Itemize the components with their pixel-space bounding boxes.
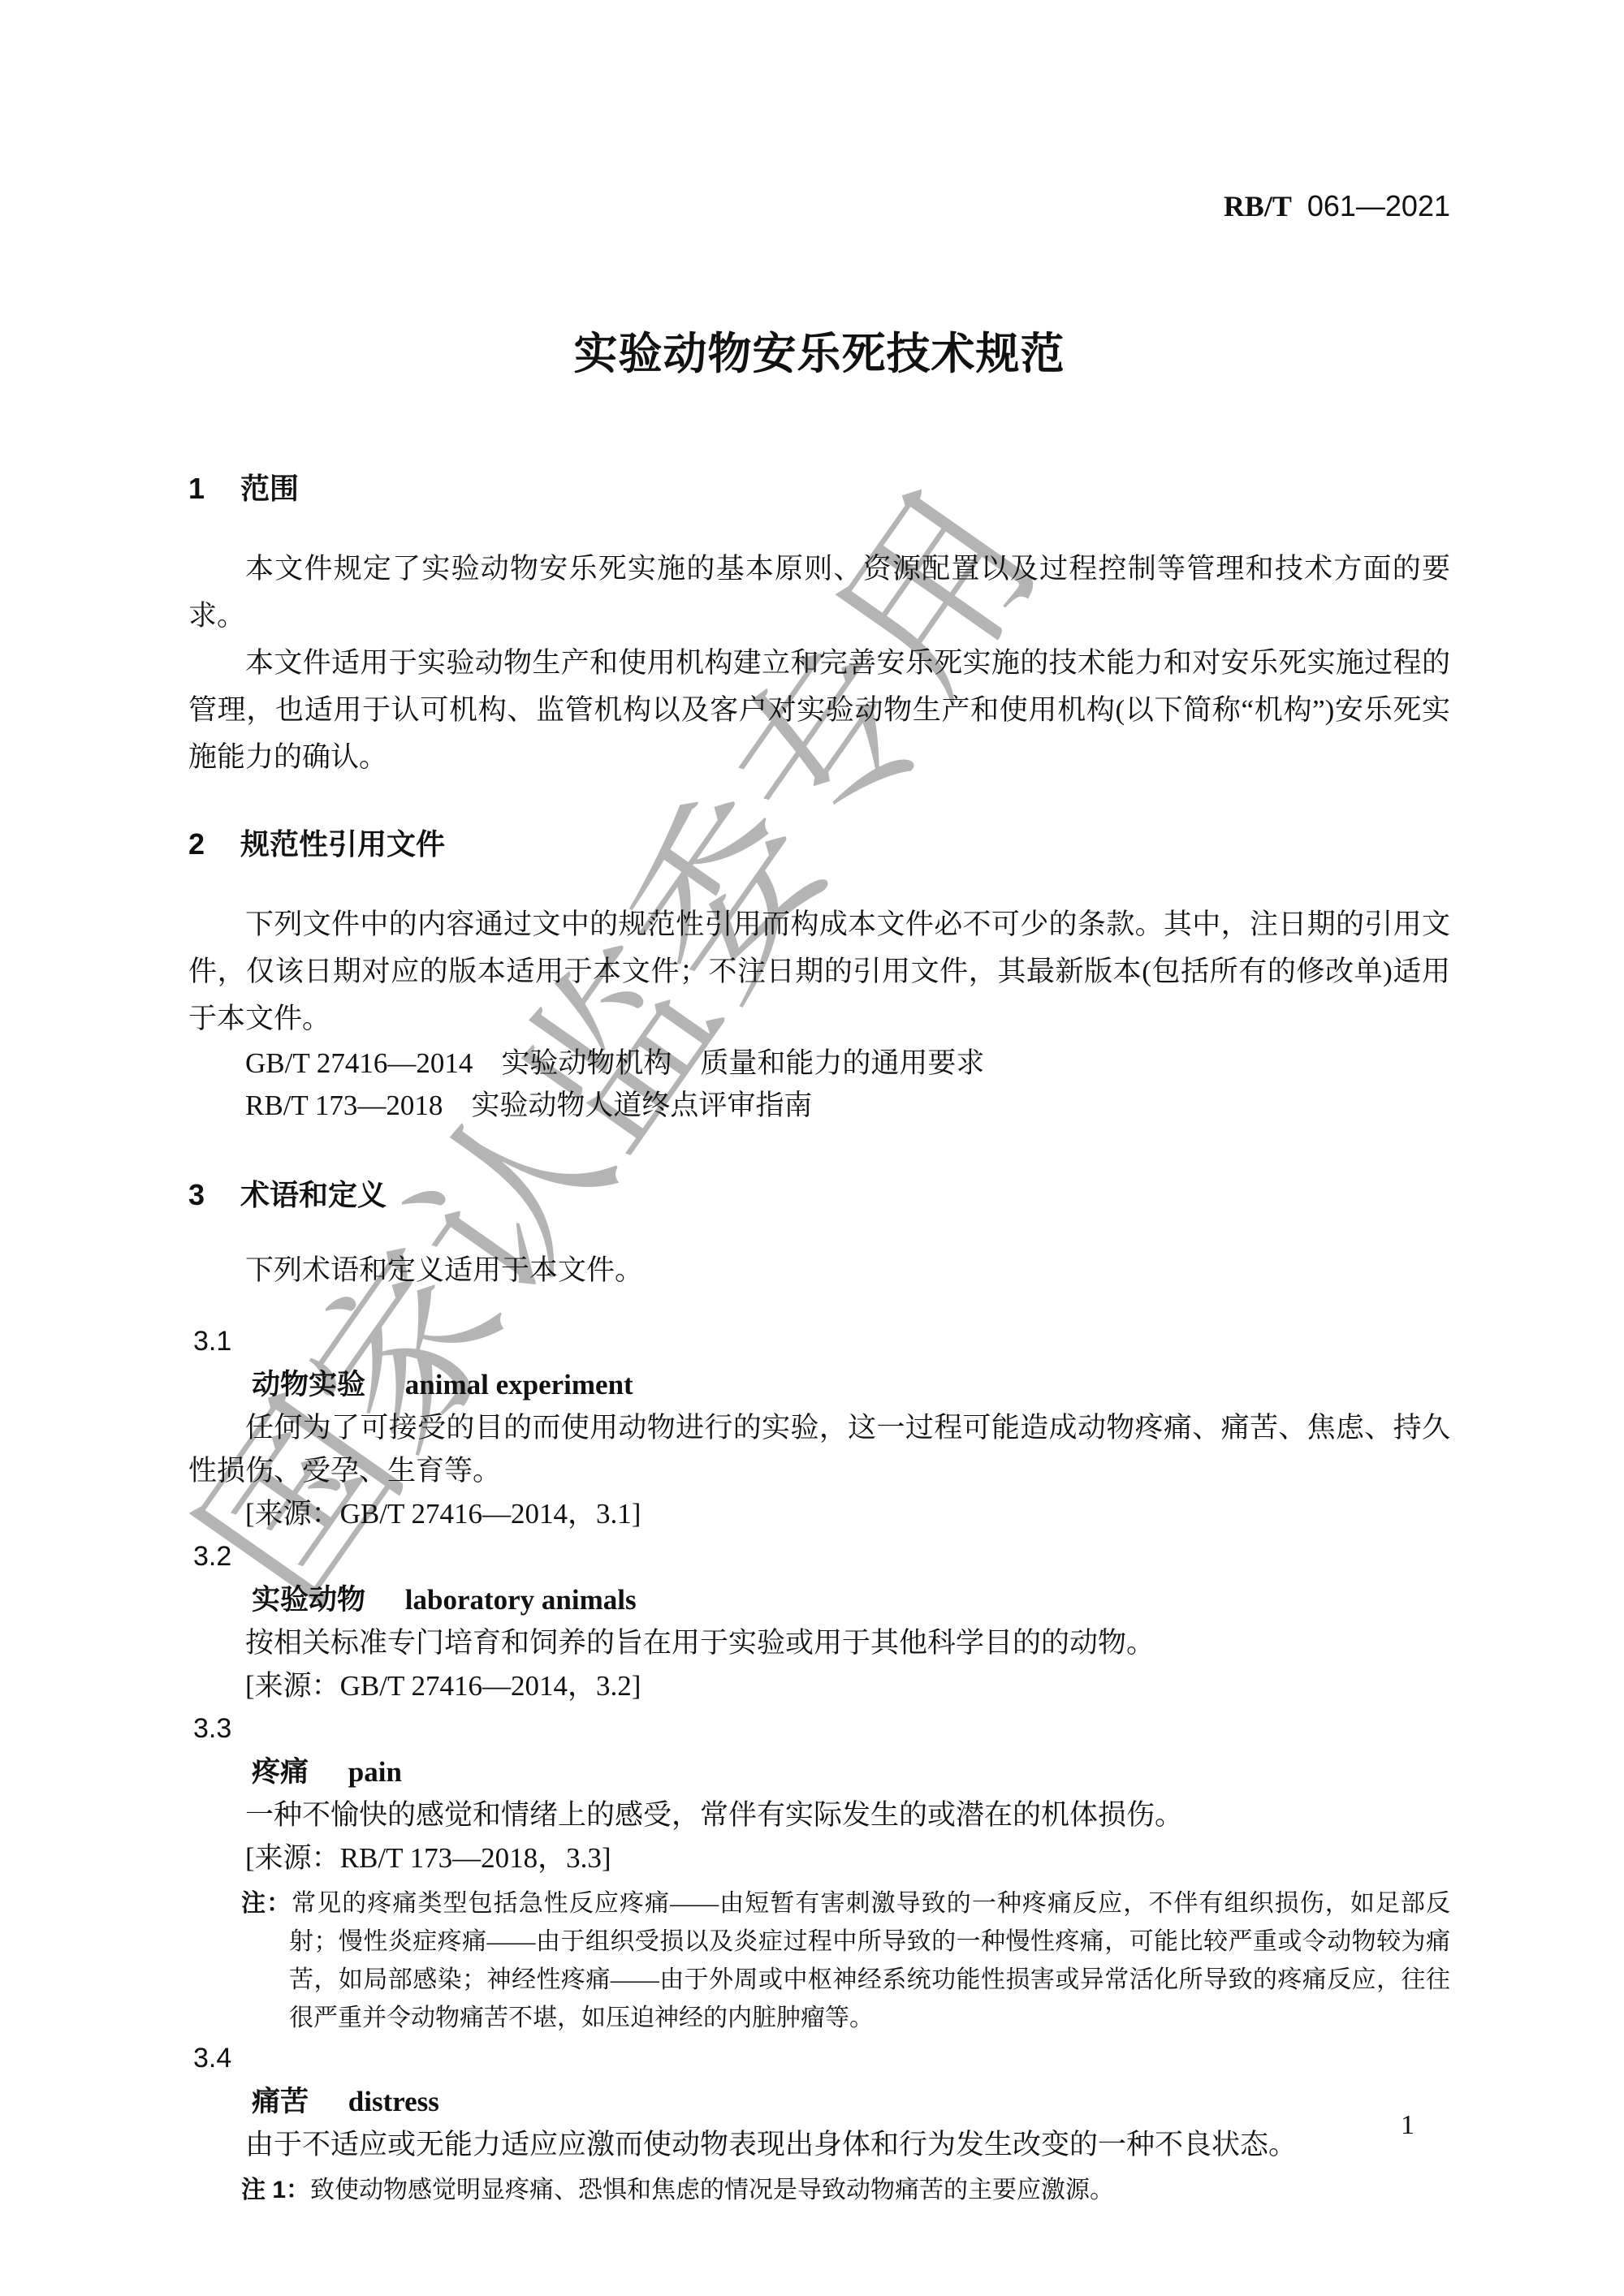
reference-line: GB/T 27416—2014 实验动物机构 质量和能力的通用要求: [188, 1042, 1450, 1085]
section-1-label: 范围: [240, 472, 299, 505]
standard-code-prefix: RB/T: [1224, 190, 1292, 222]
document-title: 实验动物安乐死技术规范: [188, 328, 1450, 380]
term-name-cn: 疼痛: [252, 1756, 309, 1788]
note-label: 注 1：: [241, 2177, 310, 2203]
term-block-3-3: 3.3 疼痛 pain 一种不愉快的感觉和情绪上的感受，常伴有实际发生的或潜在的…: [188, 1707, 1450, 2037]
term-note: 注 1：致使动物感觉明显疼痛、恐惧和焦虑的情况是导致动物痛苦的主要应激源。: [188, 2171, 1450, 2209]
section-3-label: 术语和定义: [240, 1178, 387, 1211]
term-name-en: pain: [348, 1756, 402, 1788]
term-name-en: animal experiment: [405, 1369, 633, 1400]
term-block-3-4: 3.4 痛苦 distress 由于不适应或无能力适应应激而使动物表现出身体和行…: [188, 2037, 1450, 2209]
section-2-heading: 2 规范性引用文件: [188, 826, 1450, 862]
term-name-line: 动物实验 animal experiment: [188, 1363, 1450, 1406]
section-2-paragraph: 下列文件中的内容通过文中的规范性引用而构成本文件必不可少的条款。其中，注日期的引…: [188, 901, 1450, 1042]
term-source: [来源：RB/T 173—2018，3.3]: [188, 1836, 1450, 1880]
section-3-number: 3: [188, 1178, 205, 1211]
term-name-en: laboratory animals: [405, 1584, 637, 1616]
term-name-cn: 实验动物: [252, 1584, 365, 1616]
terms-intro: 下列术语和定义适用于本文件。: [188, 1249, 1450, 1292]
term-definition: 任何为了可接受的目的而使用动物进行的实验，这一过程可能造成动物疼痛、痛苦、焦虑、…: [188, 1406, 1450, 1492]
term-note: 注：常见的疼痛类型包括急性反应疼痛——由短暂有害刺激导致的一种疼痛反应，不伴有组…: [188, 1884, 1450, 2037]
note-label: 注：: [241, 1890, 292, 1917]
term-definition: 一种不愉快的感觉和情绪上的感受，常伴有实际发生的或潜在的机体损伤。: [188, 1793, 1450, 1836]
term-name-en: distress: [348, 2086, 439, 2117]
page-number: 1: [1401, 2109, 1415, 2142]
normative-references: GB/T 27416—2014 实验动物机构 质量和能力的通用要求 RB/T 1…: [188, 1042, 1450, 1127]
page-content: RB/T 061—2021 实验动物安乐死技术规范 1 范围 本文件规定了实验动…: [0, 192, 1624, 2209]
section-1-number: 1: [188, 472, 205, 505]
standard-code-number: 061—2021: [1307, 189, 1450, 222]
term-source: [来源：GB/T 27416—2014，3.1]: [188, 1492, 1450, 1535]
term-number: 3.2: [193, 1535, 1450, 1578]
note-text: 致使动物感觉明显疼痛、恐惧和焦虑的情况是导致动物痛苦的主要应激源。: [310, 2177, 1114, 2203]
term-name-line: 疼痛 pain: [188, 1750, 1450, 1793]
term-name-cn: 痛苦: [252, 2086, 309, 2117]
section-1-heading: 1 范围: [188, 471, 1450, 507]
term-number: 3.4: [193, 2037, 1450, 2080]
section-1-paragraph: 本文件适用于实验动物生产和使用机构建立和完善安乐死实施的技术能力和对安乐死实施过…: [188, 640, 1450, 781]
term-block-3-2: 3.2 实验动物 laboratory animals 按相关标准专门培育和饲养…: [188, 1535, 1450, 1707]
term-number: 3.1: [193, 1320, 1450, 1363]
term-definition: 按相关标准专门培育和饲养的旨在用于实验或用于其他科学目的的动物。: [188, 1621, 1450, 1664]
term-block-3-1: 3.1 动物实验 animal experiment 任何为了可接受的目的而使用…: [188, 1320, 1450, 1535]
note-text: 常见的疼痛类型包括急性反应疼痛——由短暂有害刺激导致的一种疼痛反应，不伴有组织损…: [289, 1890, 1450, 2031]
document-page: 国家认监委专用 RB/T 061—2021 实验动物安乐死技术规范 1 范围 本…: [0, 0, 1624, 2296]
standard-code-header: RB/T 061—2021: [188, 192, 1450, 221]
section-3-heading: 3 术语和定义: [188, 1177, 1450, 1213]
section-2-label: 规范性引用文件: [240, 827, 445, 861]
term-name-line: 实验动物 laboratory animals: [188, 1578, 1450, 1621]
term-source: [来源：GB/T 27416—2014，3.2]: [188, 1664, 1450, 1707]
section-1-paragraph: 本文件规定了实验动物安乐死实施的基本原则、资源配置以及过程控制等管理和技术方面的…: [188, 546, 1450, 640]
term-number: 3.3: [193, 1707, 1450, 1750]
section-2-number: 2: [188, 827, 205, 861]
reference-line: RB/T 173—2018 实验动物人道终点评审指南: [188, 1085, 1450, 1127]
term-name-line: 痛苦 distress: [188, 2080, 1450, 2123]
term-name-cn: 动物实验: [252, 1369, 365, 1400]
term-definition: 由于不适应或无能力适应应激而使动物表现出身体和行为发生改变的一种不良状态。: [188, 2123, 1450, 2166]
